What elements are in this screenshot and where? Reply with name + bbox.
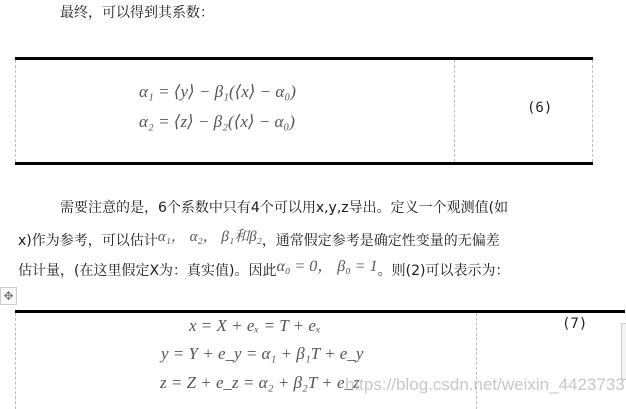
- table-border-right: [592, 60, 593, 162]
- inline-math-assumption: α₀ = 0， β₀ = 1: [277, 258, 378, 275]
- paragraph-line-2: x)作为参考，可以估计α₁， α₂， β₁和β₂，通常假定参考是确定性变量的无偏…: [18, 223, 626, 252]
- equation-6-line-2: α₂ = ⟨z⟩ − β₂(⟨x⟩ − α₀): [139, 112, 295, 132]
- equation-number-6: (6): [527, 100, 552, 116]
- paragraph-line-2-prefix: x)作为参考，可以估计: [18, 233, 158, 249]
- table-border-left: [15, 60, 16, 162]
- paragraph-line-3-prefix: 估计量，(在这里假定X为：真实值)。因此: [18, 263, 277, 279]
- table-move-handle-icon[interactable]: ✥: [0, 287, 17, 305]
- equation-table-6: α₁ = ⟨y⟩ − β₁(⟨x⟩ − α₀) α₂ = ⟨z⟩ − β₂(⟨x…: [15, 57, 593, 165]
- equation-7-line-2: y = Y + e_y = α₁ + β₁T + e_y: [161, 344, 363, 364]
- watermark: https://blog.csdn.net/weixin_44237337: [345, 375, 626, 395]
- table-resize-handle[interactable]: [621, 323, 626, 380]
- table-border-left: [15, 313, 16, 409]
- paragraph-line-1: 需要注意的是，6个系数中只有4个可以用x,y,z导出。定义一个观测值(如: [18, 194, 626, 223]
- equation-7-line-3: z = Z + e_z = α₂ + β₂T + e_z: [160, 373, 360, 393]
- intro-text: 最终，可以得到其系数：: [60, 2, 214, 22]
- table-column-divider: [454, 60, 455, 162]
- paragraph-line-2-suffix: ，通常假定参考是确定性变量的无偏差: [262, 233, 500, 249]
- equation-7-line-1: x = X + eₓ = T + eₓ: [189, 316, 321, 336]
- paragraph-line-3-suffix: 。则(2)可以表示为：: [378, 263, 510, 279]
- inline-math-coefficients: α₁， α₂， β₁和β₂: [158, 229, 262, 245]
- paragraph-line-3: 估计量，(在这里假定X为：真实值)。因此α₀ = 0， β₀ = 1。则(2)可…: [18, 252, 626, 281]
- body-paragraph: 需要注意的是，6个系数中只有4个可以用x,y,z导出。定义一个观测值(如 x)作…: [18, 194, 626, 281]
- equation-6-line-1: α₁ = ⟨y⟩ − β₁(⟨x⟩ − α₀): [139, 82, 296, 102]
- equation-number-7: (7): [562, 316, 587, 332]
